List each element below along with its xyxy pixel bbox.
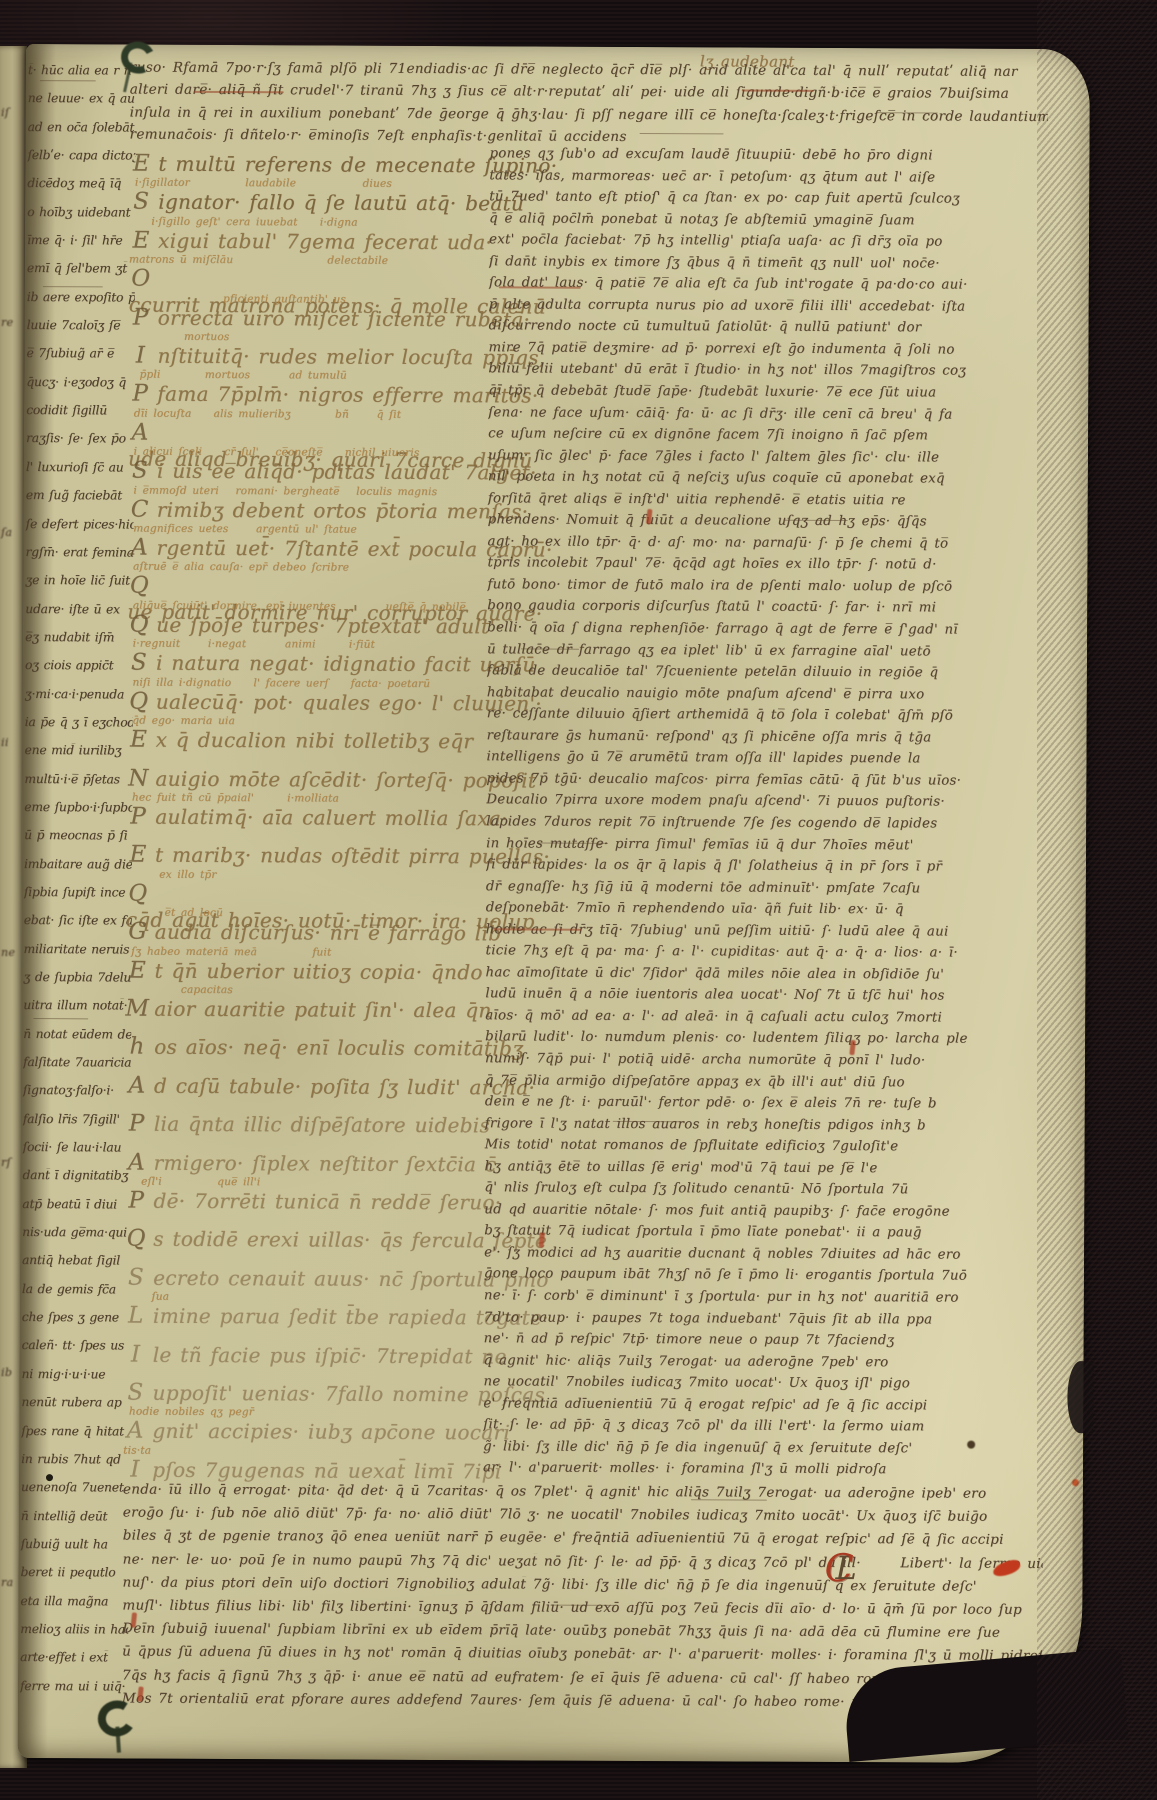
gloss-line: t̄· hūc alia ea r ñ	[28, 63, 136, 92]
small-red-fleck	[1072, 1479, 1079, 1486]
verse-line-text: orrecta uiro miſcet ſiciente rubetā·	[158, 305, 531, 331]
verse-initial: Q	[127, 574, 151, 598]
gloss-line: oʒ ciois appic̄t	[25, 658, 133, 687]
commentary-line: hodie ac ſi dr̄ʒ tīq̄· 7ſubiug' unū peſſ…	[486, 922, 1044, 946]
gloss-line: eta illa mag̃na	[20, 1594, 128, 1623]
verse-initial: M	[125, 996, 149, 1020]
commentary-line: bilarū ludit'· lo· numdum plenis· co· lu…	[485, 1030, 1043, 1054]
verse-initial: Q	[127, 689, 151, 713]
verse-initial: Q	[127, 612, 151, 636]
commentary-line: uſum· ſic ḡlec' p̄· face 7ḡles i facto l…	[488, 448, 1046, 472]
gloss-line: nenūt rubera ap	[21, 1395, 129, 1424]
verse-initial: S	[128, 459, 152, 483]
commentary-line: bono gaudia corporis diſcurſus ſtatū l' …	[487, 599, 1045, 623]
commentary-line: ū tullac̄e dr̄ farrago qʒ ea iplet' lib'…	[487, 642, 1045, 666]
verse-line-text: gnit' accipies· iubʒ apc̄one uocari	[152, 1419, 510, 1445]
verse-line-text: le tñ facie pus iſpic̄· 7trepidat ne	[153, 1342, 507, 1368]
commentary-line: aīos· q̄ mō' ad ea· a· l'· ad aleā· in q…	[485, 1008, 1043, 1032]
commentary-line: deſponebāt· 7mīo n̄ rephendendo uīa· q̄ñ…	[486, 900, 1044, 924]
gloss-line: īme q̄· i· ſil' hr̄e	[27, 233, 135, 262]
commentary-line: q̄ e̅ aliq̄ poc̄lm̄ ponebat ū notaʒ ſe a…	[489, 211, 1047, 235]
gloss-line: miliaritate neruis	[23, 942, 131, 971]
commentary-line: diſcurrendo nocte cū tumultuū ſatiolūt· …	[489, 319, 1047, 343]
gloss-line: caleñ· tt· ſpes us	[22, 1338, 130, 1367]
verse-line-text: lia q̄nta illic diſpēſatore uidebis	[154, 1112, 490, 1138]
commentary-line: in hoīes mutaſſe· pirra ſimul' femīas iū…	[486, 836, 1044, 860]
commentary-line: ne'· n̄ ad p̄ reſpic' 7tp̄· timore neue …	[484, 1331, 1042, 1355]
gloss-line: ne leuue· ex q̄ au	[28, 91, 136, 120]
verse-line-text: x q̄ ducalion nibi tolletibʒ eq̄r	[156, 728, 474, 754]
verse-initial: L	[124, 1304, 148, 1328]
gloss-line: falſio lr̄is 7ſigill'	[23, 1112, 131, 1141]
gloss-line: ʒ·mi·ca·i·penuda	[25, 687, 133, 716]
page-edge-notch	[1067, 1361, 1093, 1433]
verse-line-text: auigio mōte aſcēdit· ſorteſq̄· popoſit	[155, 766, 536, 792]
verse-line-text: pſos 7gugenas nā uexat̄ limī 7ipi	[152, 1457, 501, 1483]
commentary-line: q̄ agnit' hic· aliq̄s 7uilʒ 7erogat· ua …	[484, 1353, 1042, 1377]
verse-initial: A	[128, 420, 152, 444]
verse-line-text: nſtituitq̄· rudes melior locuſta ppīqs,	[157, 344, 545, 370]
commentary-line: 7d'to· paup· i· paupes 7t toga induebant…	[484, 1310, 1042, 1334]
commentary-line: g̃· libi· ſʒ ille dic' n̄ḡ p̄ ſe dia ing…	[483, 1439, 1041, 1463]
gloss-line: ſe defert pices·hic	[26, 517, 134, 546]
gloss-line: raʒſis· ſe· ſex p̄o	[26, 431, 134, 460]
commentary-line: re· ceſſante diluuio q̄ſiert arthemidā q…	[487, 706, 1045, 730]
commentary-line: hʒ antiq̄ʒ ēte̅ to uillas ſē erig' mod'ū…	[484, 1159, 1042, 1183]
verse-initial: P	[129, 305, 153, 329]
verse-line-text: t q̄n̄ uberior uitioʒ copia· q̄ndo	[154, 958, 482, 984]
gloss-line: dicēdoʒ meq̄ īq̄	[27, 176, 135, 205]
verse-initial: E	[126, 843, 150, 867]
verse-initial: I	[128, 344, 152, 368]
verse-initial: S	[124, 1265, 148, 1289]
commentary-line: deīn e̅ ne ſt· i· paruūl'· fertor pdē· o…	[485, 1094, 1043, 1118]
verse-line-text: ue ſpōſe turpes· 7ptextat' adult'·	[156, 613, 502, 639]
gloss-line: ni mig·i·u·i·ue	[21, 1367, 129, 1396]
commentary-line: tū 7ued' tanto eſt ptioſ' q̄ ca ſtan· ex…	[489, 189, 1047, 213]
red-underline	[742, 89, 814, 91]
gloss-line: ſpes rane q̄ hitat	[21, 1423, 129, 1452]
right-commentary-column: pones qʒ ſub'o ad excuſam laudē ſituupiū…	[483, 146, 1048, 1519]
gloss-line: n̄ intellig̃ deūt	[21, 1509, 129, 1538]
commentary-line: q̄ī tp̄r q̄ debebāt ſtude̅ ſap̄e· ſtudeb…	[488, 383, 1046, 407]
gloss-line: udare· iſte ū ex	[25, 602, 133, 631]
gloss-line: la de gemis fc̄a	[22, 1282, 130, 1311]
gloss-line: ſubuig̃ uult ha	[21, 1537, 129, 1566]
parchment-page: lʒ audebant ruso· Rfamā 7po·r·ſʒ famā pl…	[18, 44, 1090, 1763]
commentary-line: ar· l'· a'paruerit· molles· i· foramina …	[483, 1461, 1041, 1485]
gloss-line: ʒ de ſupbia 7delu	[23, 970, 131, 999]
gutter-text-fragment: re	[1, 316, 25, 329]
verse-initial: S	[129, 190, 153, 214]
verse-initial: S	[123, 1380, 147, 1404]
ink-dot	[46, 1474, 53, 1481]
verse-initial: C	[128, 497, 152, 521]
commentary-line: ext' poc̄la faciebat· 7p̄ hʒ intellig' p…	[489, 232, 1047, 256]
commentary-line: ticie 7hʒ eſt q̄ pa· ma· ſ· a· l'· cupid…	[486, 943, 1044, 967]
gloss-line: nis·uda ge̅ma·qui	[22, 1225, 130, 1254]
verse-line-text: d caſū tabule· poſita ſʒ ludit' archa·	[154, 1073, 535, 1099]
verse-line-text: rmigero· ſiplex neſtitor ſextc̄ia c̄	[153, 1150, 496, 1176]
gloss-line: beret ii pequtlo	[20, 1565, 128, 1594]
left-gloss-column: t̄· hūc alia ea r ñne leuue· ex q̄ auad …	[20, 63, 136, 1716]
commentary-line: ne· ī· ſ· corb' e̅ diminunt' ī ʒ ſportul…	[484, 1288, 1042, 1312]
verse-initial: h	[125, 1035, 149, 1059]
gloss-line: q̄ucʒ· i·eʒodoʒ q̄	[26, 375, 134, 404]
gloss-line: l' luxurioſi ſc̄ au	[26, 460, 134, 489]
verse-initial: Q	[126, 881, 150, 905]
verse-initial: A	[127, 536, 151, 560]
verse-initial: S	[127, 651, 151, 675]
verse-line-text: rimibʒ debent ortos p̄toria menſas·	[157, 497, 529, 523]
commentary-line: ſi dan̄t inybis ex timore ſʒ q̄bus q̄ n̄…	[489, 254, 1047, 278]
rubricated-initial: C L	[824, 1546, 870, 1590]
gutter-text-fragment: ſa	[1, 526, 25, 539]
commentary-line: ſi dūr lapides· la os q̄r q̄ lapis q̄ ſl…	[486, 857, 1044, 881]
verse-line-text: i natura negat· idignatio facit uerſū	[156, 651, 536, 677]
gloss-line: o hoībʒ uidebant	[27, 205, 135, 234]
gloss-line: arte·effet i ext̄	[20, 1650, 128, 1679]
commentary-line: p̄ alte adulta corrupta nurus pio ad uxo…	[489, 297, 1047, 321]
verse-initial: P	[124, 1188, 148, 1212]
commentary-line: ḡone loco paupum ibāt 7hʒſ nō ſe ī p̄mo …	[484, 1267, 1042, 1291]
verse-line-text: ualecūq̄· pot· quales ego· l' cluuien'·	[156, 689, 542, 715]
manuscript-photo: iſreſaiinerſibra lʒ audebant ruso· Rfamā…	[0, 0, 1157, 1800]
gutter-text-fragment: iſ	[1, 106, 25, 119]
verse-line-text: dē· 7orrēti tunicā n̄ redde̅ ſeruo·	[153, 1189, 501, 1215]
verse-line-text: ignator· fallo q̄ ſe lautū atq̄· beatū	[158, 190, 524, 216]
commentary-line: ne uocatil' 7nobiles iudicaʒ 7mito uocat…	[483, 1374, 1041, 1398]
verse-initial: N	[126, 766, 150, 790]
commentary-line: e' freq̄ntiā adīuenientiū 7ū q̄ erogat r…	[483, 1396, 1041, 1420]
verse-initial: A	[123, 1419, 147, 1443]
verse-initial: P	[128, 382, 152, 406]
gloss-line: n̄ notat eūdem de	[23, 1027, 131, 1056]
gloss-line: ſelbʹe· capa dictoʒ	[27, 148, 135, 177]
commentary-line: Mis totid' notat romanos de ſpfluitate e…	[485, 1137, 1043, 1161]
gloss-line: e̅ʒ nudabit iſm̄	[25, 630, 133, 659]
gloss-line: ad en oc̄a ſolebāt	[27, 120, 135, 149]
commentary-line: tp̄ris incolebit 7paul' 7e̅· q̄cq̄d agt̄…	[487, 556, 1045, 580]
rubricated-initial-inner: L	[835, 1549, 856, 1587]
commentary-line: numiſ· 7q̄p̄ pui· l' potiq̄ uidē· archa …	[485, 1051, 1043, 1075]
gloss-line: dant̄ ī dignitatibʒ	[22, 1168, 130, 1197]
gloss-line: antiq̄ hebat ſigil	[22, 1253, 130, 1282]
gloss-line: melioʒ aliis in hac	[20, 1622, 128, 1651]
commentary-line: nil' poeta in hʒ notat cū q̄ neſciʒ uſus…	[488, 469, 1046, 493]
gloss-line: ſocii· ſe lau·i·lau	[23, 1140, 131, 1169]
gloss-line: ſignatoʒ·falſo·i·	[23, 1083, 131, 1112]
commentary-line: reſtaurare ḡs humanū· reſpond' qʒ ſi phi…	[487, 728, 1045, 752]
verse-line-text: audia diſcurſus· nrī e̅ farrago lib̄	[155, 920, 502, 946]
gloss-line: uenenoſa 7uenet	[21, 1480, 129, 1509]
commentary-line: hac aīmoſitate ū dic' 7ſidor' q̄dā miles…	[485, 965, 1043, 989]
gloss-line: codidit ſigillū	[26, 403, 134, 432]
gloss-line: atp̄ beatū ī diui	[22, 1197, 130, 1226]
verse-initial: A	[124, 1150, 148, 1174]
gloss-line: ebat· ſic iſte ex fa	[24, 913, 132, 942]
commentary-line: ce uſum neſcire cū ex dignōne facem 7ſi …	[488, 426, 1046, 450]
verse-initial: A	[125, 1073, 149, 1097]
commentary-line: phendens· Nomuit q̄ fuiūt a deucalione u…	[488, 513, 1046, 537]
gloss-line: imbaitare aug̃ die	[24, 857, 132, 886]
commentary-line: pones qʒ ſub'o ad excuſam laudē ſituupiū…	[489, 146, 1047, 170]
gloss-line: uitra illum notat̄·	[23, 998, 131, 1027]
commentary-line: bʒ ſtatuit 7q̄ iudicat ſportula ī p̄mo l…	[484, 1224, 1042, 1248]
commentary-line: agt̄· ho ex illo tp̄r· q̄· d· aſ· mo· na…	[488, 534, 1046, 558]
gloss-line: in rubis 7hut qd	[21, 1452, 129, 1481]
commentary-line: intelligens ḡo ū 7e̅ arumētū tram oſſa i…	[486, 750, 1044, 774]
commentary-line: dr̄ egnaſſe· hʒ ſiḡ iū q̄ moderni tōe ad…	[486, 879, 1044, 903]
gloss-line: ʒe in hoīe lic̄ ſuit	[25, 573, 133, 602]
verse-initial: G	[126, 920, 150, 944]
gloss-line: ū p̄ meocnas p̄ ſi	[24, 828, 132, 857]
gloss-line: ſipbia ſupiſt ince	[24, 885, 132, 914]
verse-initial: I	[124, 1342, 148, 1366]
commentary-line: q̄' nlis ſruloʒ eſt culpa ſʒ ſolitudo ce…	[484, 1181, 1042, 1205]
commentary-line: belli· q̄ oīa ſ digna rephenſiōe· farrag…	[487, 620, 1045, 644]
commentary-line: mire 7q̄ patie̅ deʒmire· ad p̄· porrexi …	[488, 340, 1046, 364]
gloss-line: luuie 7caloīʒ ſe̅	[27, 318, 135, 347]
verse-line-text: i uis ee̅ aliq̄d· pditas laudat' 7alget·	[157, 459, 537, 485]
verse-initial: P	[126, 804, 150, 828]
verse-line-text: xigui tabul' 7gema fecerat uda·	[158, 228, 492, 254]
verse-initial: I	[123, 1457, 147, 1481]
verse-initial: Q	[124, 1227, 148, 1251]
commentary-line: q̄ 7e̅ p̄lia armiḡo diſpeſatōre appaʒ ex…	[485, 1073, 1043, 1097]
commentary-line: ud qd̄ auaritie nōtale· ſ· mos fuit anti…	[484, 1202, 1042, 1226]
gloss-line: rgſm̄· erat femina	[25, 545, 133, 574]
commentary-line: ſena· ne face uſum· cāiq̄· fa· ū· ac ſi …	[488, 405, 1046, 429]
verse-line-text: fama 7p̄plm̄· nigros efferre maritos·	[157, 382, 538, 408]
verse-line-text: aulatimq̄· aīa caluert mollia ſaxa·	[155, 805, 508, 831]
commentary-line: Deucalio 7pirra uxore modem pnaſu aſcend…	[486, 793, 1044, 817]
commentary-line: tates· īſas, marmoreas· uec̄ ar· ī petoſ…	[489, 168, 1047, 192]
verse-initial: E	[129, 228, 153, 252]
verse-initial: O	[129, 267, 153, 291]
gloss-line: che ſpes ʒ gene	[22, 1310, 130, 1339]
commentary-line: biliū felii utebant' dū erāt ī ſtudio· i…	[488, 362, 1046, 386]
verse-initial: E	[125, 958, 149, 982]
verse-line-text: os aīos· neq̄· enī loculis comitātibʒ	[154, 1035, 524, 1061]
commentary-line: ſit· ſ· le· ad p̄p̄· q̄ ʒ dicaʒ 7cō pl' …	[483, 1418, 1041, 1442]
verse-initial: P	[125, 1112, 149, 1136]
gloss-line: multū·i·e̅ p̄ſetas	[24, 772, 132, 801]
commentary-line: ludū inuēn q̄ a nōie iuentoris alea uoca…	[485, 987, 1043, 1011]
brown-stain-dot	[967, 1441, 975, 1449]
verse-line-text: aior auaritie patuit ſin'· alea q̄n	[154, 997, 491, 1023]
gloss-line: ia p̄e q̄ ʒ ī eʒchod̄	[25, 715, 133, 744]
commentary-line: pides 7p̄ tḡū· deucalio maſcos· pirra fe…	[486, 771, 1044, 795]
commentary-line: frigore ī l'ʒ natat illos auaros in rebʒ…	[485, 1116, 1043, 1140]
verse-initial: E	[129, 152, 153, 176]
gloss-line: ene mid̄ iurilibʒ	[24, 743, 132, 772]
commentary-line: forſitā q̄ret aliqs e̅ inſt'd' uitia rep…	[488, 491, 1046, 515]
commentary-line: fablā de deucaliōe tal' 7ſcueniente pete…	[487, 663, 1045, 687]
gloss-line: em ſug̃ faciebāt	[26, 488, 134, 517]
commentary-line: e'· ſʒ modici ad hʒ auaritie ducnant q̄ …	[484, 1245, 1042, 1269]
commentary-line: habitabat deucalio nauigio mōte pnaſum a…	[487, 685, 1045, 709]
gutter-text-fragment: ii	[1, 736, 25, 749]
gloss-line: eme ſupbo·i·ſupbo	[24, 800, 132, 829]
commentary-line: futō bono· timor de futō malo ira de pſe…	[487, 577, 1045, 601]
gloss-line: ib aere expoſito p̄t	[27, 290, 135, 319]
gloss-line: e̅ 7ſubiug̃ ar̄ e̅	[26, 346, 134, 375]
commentary-line: lapides 7duros repit 7o̅ inſtruende 7ſe …	[486, 814, 1044, 838]
gloss-line: falſitate 7auaricia·	[23, 1055, 131, 1084]
verse-initial: E	[127, 728, 151, 752]
